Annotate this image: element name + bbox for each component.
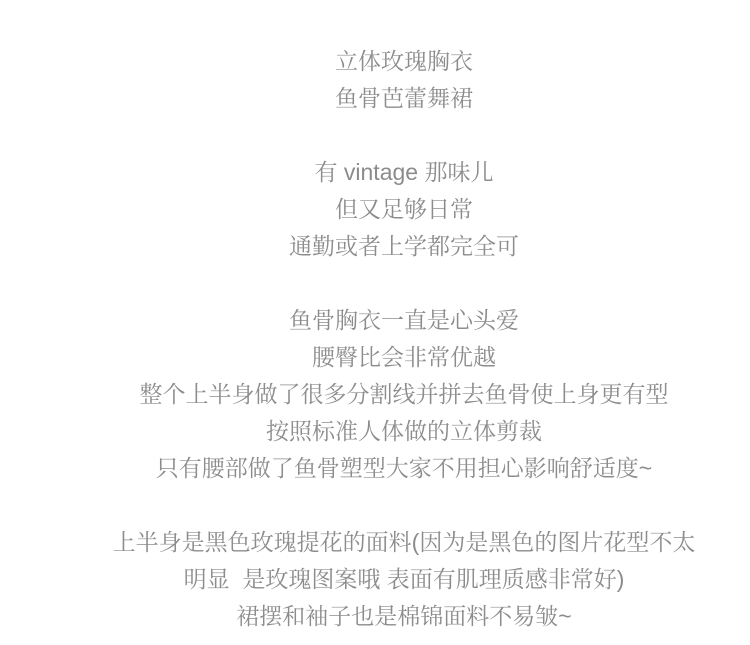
text-line: 上半身是黑色玫瑰提花的面料(因为是黑色的图片花型不太 [58,524,750,561]
description-text-block: 立体玫瑰胸衣 鱼骨芭蕾舞裙 有 vintage 那味儿 但又足够日常 通勤或者上… [0,0,750,635]
text-line: 腰臀比会非常优越 [58,339,750,376]
product-description-page: 立体玫瑰胸衣 鱼骨芭蕾舞裙 有 vintage 那味儿 但又足够日常 通勤或者上… [0,0,750,645]
text-line: 有 vintage 那味儿 [58,154,750,191]
paragraph-product-title: 立体玫瑰胸衣 鱼骨芭蕾舞裙 [58,43,750,117]
text-line: 鱼骨胸衣一直是心头爱 [58,302,750,339]
text-line: 裙摆和袖子也是棉锦面料不易皱~ [58,598,750,635]
text-line: 立体玫瑰胸衣 [58,43,750,80]
text-line: 按照标准人体做的立体剪裁 [58,413,750,450]
text-line: 但又足够日常 [58,191,750,228]
paragraph-fabric-notes: 上半身是黑色玫瑰提花的面料(因为是黑色的图片花型不太 明显 是玫瑰图案哦 表面有… [58,524,750,635]
text-line: 只有腰部做了鱼骨塑型大家不用担心影响舒适度~ [58,450,750,487]
paragraph-style-notes: 有 vintage 那味儿 但又足够日常 通勤或者上学都完全可 [58,154,750,265]
text-line: 通勤或者上学都完全可 [58,228,750,265]
text-line: 整个上半身做了很多分割线并拼去鱼骨使上身更有型 [58,376,750,413]
paragraph-construction-notes: 鱼骨胸衣一直是心头爱 腰臀比会非常优越 整个上半身做了很多分割线并拼去鱼骨使上身… [58,302,750,487]
text-line: 明显 是玫瑰图案哦 表面有肌理质感非常好) [58,561,750,598]
text-line: 鱼骨芭蕾舞裙 [58,80,750,117]
